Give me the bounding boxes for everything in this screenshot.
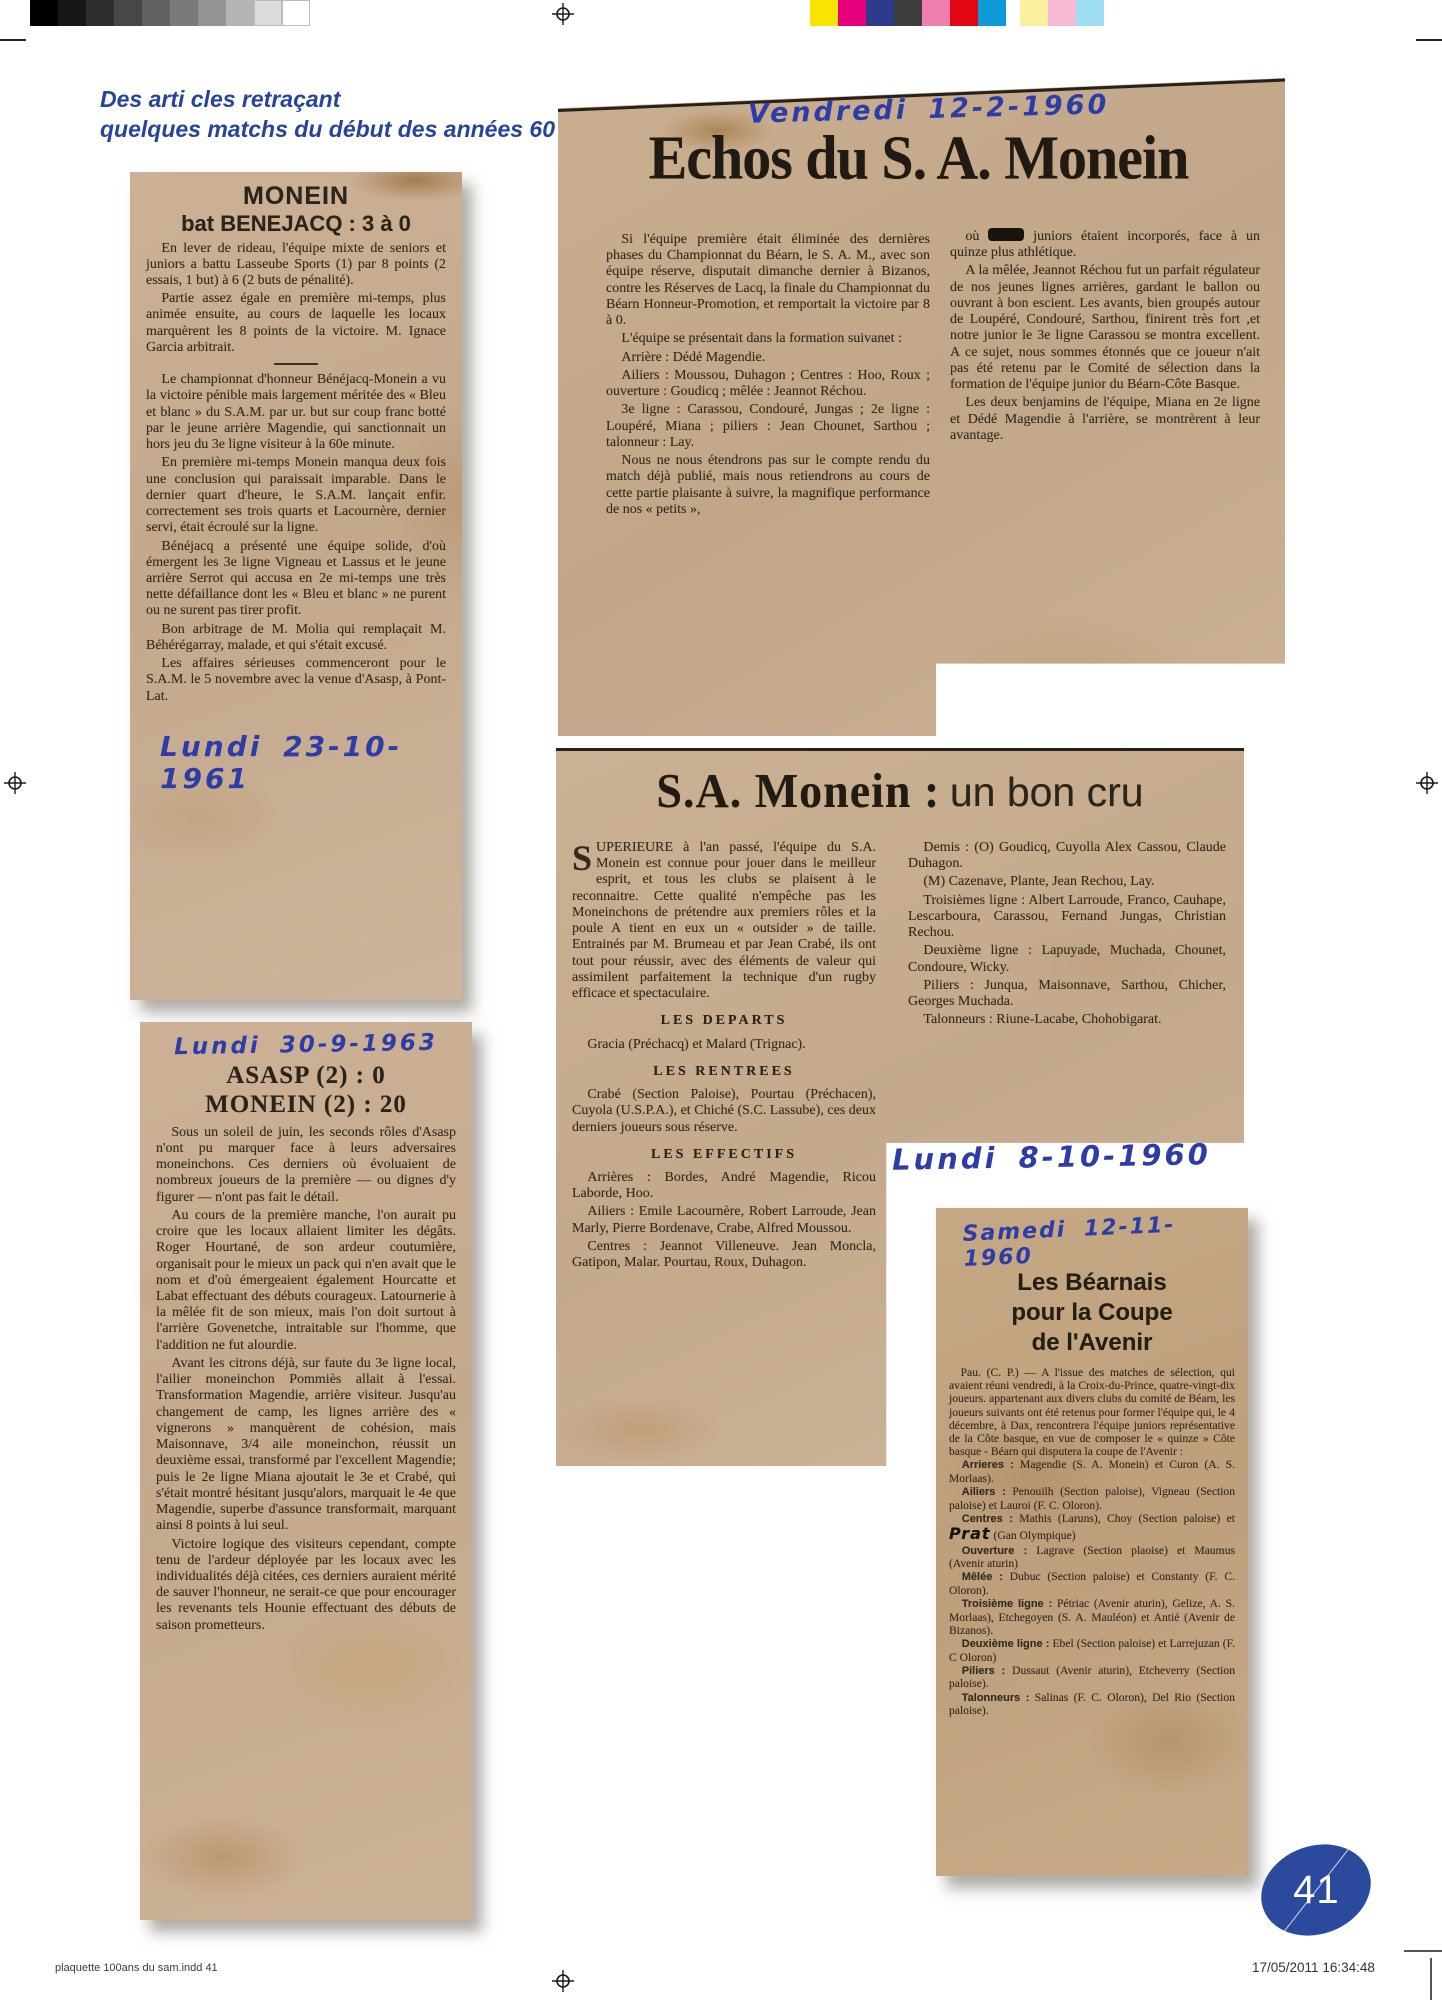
clipping-monein-benejacq: MONEIN bat BENEJACQ : 3 à 0 En lever de …	[130, 172, 462, 1000]
handwritten-date: Lundi 30-9-1963	[156, 1029, 456, 1061]
roster-position: Deuxième ligne :	[962, 1638, 1050, 1650]
body-paragraph: Talonneurs : Riune-Lacabe, Chohobigarat.	[908, 1012, 1226, 1028]
calibration-swatch	[198, 0, 226, 26]
clipping-echos-monein: Vendredi 12-2-1960 Echos du S. A. Monein…	[558, 78, 1285, 736]
handwritten-date: Lundi 8-10-1960	[892, 1137, 1211, 1177]
calibration-swatch	[170, 0, 198, 26]
body-paragraph: Les affaires sérieuses commenceront pour…	[146, 656, 446, 705]
roster-position: Piliers :	[962, 1665, 1006, 1677]
calibration-swatch	[282, 0, 310, 26]
clipping-title: MONEIN	[146, 182, 446, 211]
body-paragraph: Centres : Jeannot Villeneuve. Jean Moncl…	[572, 1239, 876, 1271]
paragraph-text: où	[965, 229, 979, 244]
handwritten-date: Samedi 12-11-1960	[962, 1210, 1236, 1272]
body-paragraph: Arrières : Bordes, André Magendie, Ricou…	[572, 1170, 876, 1202]
calibration-swatch	[894, 0, 922, 26]
body-paragraph: Avant les citrons déjà, sur faute du 3e …	[156, 1356, 456, 1535]
body-paragraph: (M) Cazenave, Plante, Jean Rechou, Lay.	[908, 874, 1226, 890]
body-paragraph: Bénéjacq a présenté une équipe solide, d…	[146, 539, 446, 620]
page-number: 41	[1293, 1868, 1340, 1913]
title-line: Les Béarnais	[949, 1268, 1235, 1298]
article-column-right: Demis : (O) Goudicq, Cuyolla Alex Cassou…	[908, 840, 1226, 1031]
crop-mark-bottom-right-h	[1404, 1950, 1442, 1952]
body-paragraph: Gracia (Préchacq) et Malard (Trignac).	[572, 1037, 876, 1053]
body-paragraph: A la mêlée, Jeannot Réchou fut un parfai…	[950, 263, 1260, 393]
crop-mark-bottom-right-v	[1430, 1958, 1432, 2000]
calibration-swatch	[866, 0, 894, 26]
registration-mark-bottom	[552, 1970, 574, 1992]
page-number-ball: 41	[1248, 1830, 1383, 1951]
calibration-swatch	[922, 0, 950, 26]
body-paragraph: Piliers : Junqua, Maisonnave, Sarthou, C…	[908, 978, 1226, 1010]
ink-blot	[988, 228, 1024, 241]
divider-rule	[274, 363, 318, 365]
body-paragraph: Deuxième ligne : Lapuyade, Muchada, Chou…	[908, 943, 1226, 975]
body-paragraph: Ailiers : Emile Lacournère, Robert Larro…	[572, 1204, 876, 1236]
title-line: pour la Coupe	[949, 1298, 1235, 1328]
body-paragraph: Pau. (C. P.) — A l'issue des matches de …	[949, 1366, 1235, 1458]
roster-names: (Gan Olympique)	[993, 1529, 1075, 1542]
body-paragraph: Partie assez égale en première mi-temps,…	[146, 291, 446, 356]
body-paragraph: Si l'équipe première était éliminée des …	[606, 232, 930, 329]
calibration-swatch	[810, 0, 838, 26]
handwritten-date: Lundi 23-10-1961	[160, 731, 446, 796]
body-paragraph: Nous ne nous étendrons pas sur le compte…	[606, 453, 930, 518]
crop-mark-top-right	[1416, 39, 1442, 41]
grayscale-calibration-bar	[30, 0, 310, 26]
section-heading: LES RENTREES	[572, 1064, 876, 1080]
calibration-swatch	[950, 0, 978, 26]
body-paragraph: Demis : (O) Goudicq, Cuyolla Alex Cassou…	[908, 840, 1226, 872]
roster-line: Troisième ligne : Pétriac (Avenir aturin…	[949, 1597, 1235, 1637]
page-heading-line2: quelques matchs du début des années 60	[100, 114, 555, 144]
roster-names: Mathis (Laruns), Choy (Section paloise) …	[1019, 1512, 1235, 1525]
body-paragraph: Victoire logique des visiteurs cependant…	[156, 1537, 456, 1634]
body-paragraph: Le championnat d'honneur Bénéjacq-Monein…	[146, 372, 446, 453]
roster-line: Talonneurs : Salinas (F. C. Oloron), Del…	[949, 1691, 1235, 1718]
registration-mark-right	[1416, 772, 1438, 794]
roster-line: Deuxième ligne : Ebel (Section paloise) …	[949, 1637, 1235, 1664]
clipping-subtitle: bat BENEJACQ : 3 à 0	[146, 211, 446, 237]
roster-position: Ailiers :	[962, 1486, 1006, 1498]
roster-line: Mêlée : Dubuc (Section paloise) et Const…	[949, 1570, 1235, 1597]
title-line: de l'Avenir	[949, 1328, 1235, 1358]
roster-position: Troisième ligne :	[962, 1598, 1052, 1610]
calibration-swatch	[1076, 0, 1104, 26]
registration-mark-top	[552, 3, 574, 25]
body-paragraph: Sous un soleil de juin, les seconds rôle…	[156, 1125, 456, 1206]
calibration-swatch	[1020, 0, 1048, 26]
calibration-swatch	[838, 0, 866, 26]
calibration-swatch	[254, 0, 282, 26]
article-body: Pau. (C. P.) — A l'issue des matches de …	[949, 1366, 1235, 1717]
roster-position: Arrieres :	[962, 1459, 1014, 1471]
clipping-bearnais-coupe-avenir: Samedi 12-11-1960 Les Béarnais pour la C…	[936, 1208, 1248, 1876]
page-heading: Des arti cles retraçant quelques matchs …	[100, 84, 555, 145]
registration-mark-left	[4, 772, 26, 794]
clipping-asasp-monein: Lundi 30-9-1963 ASASP (2) : 0 MONEIN (2)…	[140, 1022, 472, 1920]
roster-position: Mêlée :	[962, 1571, 1003, 1583]
handwritten-annotation: Prat	[949, 1524, 991, 1543]
clipping-top-rule	[556, 748, 1244, 751]
calibration-swatch	[30, 0, 58, 26]
calibration-swatch	[114, 0, 142, 26]
body-paragraph: L'équipe se présentait dans la formation…	[606, 331, 930, 347]
article-column-left: SUPERIEURE à l'an passé, l'équipe du S.A…	[572, 840, 876, 1273]
calibration-swatch	[58, 0, 86, 26]
article-column-right: où juniors étaient incorporés, face à un…	[950, 228, 1260, 446]
body-paragraph: SUPERIEURE à l'an passé, l'équipe du S.A…	[572, 840, 876, 1002]
roster-position: Centres :	[962, 1513, 1013, 1525]
body-paragraph: Ailiers : Moussou, Duhagon ; Centres : H…	[606, 368, 930, 400]
roster-line: Ouverture : Lagrave (Section plaoise) et…	[949, 1544, 1235, 1571]
body-paragraph: Au cours de la première manche, l'on aur…	[156, 1208, 456, 1354]
clipping-subtitle: MONEIN (2) : 20	[156, 1090, 456, 1120]
color-calibration-bar	[810, 0, 1006, 26]
drop-cap: S	[572, 843, 592, 874]
body-paragraph: Arrière : Dédé Magendie.	[606, 350, 930, 366]
clipping-headline: S.A. Monein : un bon cru	[556, 764, 1244, 817]
clipping-title: Les Béarnais pour la Coupe de l'Avenir	[949, 1268, 1235, 1358]
headline-bold: S.A. Monein :	[656, 763, 940, 819]
clipping-title: ASASP (2) : 0	[156, 1061, 456, 1091]
crop-mark-top-left	[0, 39, 26, 41]
footer-timestamp: 17/05/2011 16:34:48	[1252, 1960, 1375, 1975]
roster-line: Piliers : Dussaut (Avenir aturin), Etche…	[949, 1664, 1235, 1691]
footer-filename: plaquette 100ans du sam.indd 41	[55, 1962, 218, 1974]
calibration-swatch	[226, 0, 254, 26]
body-paragraph: 3e ligne : Carassou, Condouré, Jungas ; …	[606, 402, 930, 451]
calibration-swatch	[142, 0, 170, 26]
body-paragraph: En première mi-temps Monein manqua deux …	[146, 455, 446, 536]
body-paragraph: Troisièmes ligne : Albert Larroude, Fran…	[908, 893, 1226, 942]
calibration-swatch	[978, 0, 1006, 26]
roster-line: Centres : Mathis (Laruns), Choy (Section…	[949, 1512, 1235, 1544]
paragraph-text: UPERIEURE à l'an passé, l'équipe du S.A.…	[572, 840, 876, 1001]
calibration-swatch	[86, 0, 114, 26]
section-heading: LES DEPARTS	[572, 1013, 876, 1029]
body-paragraph: où juniors étaient incorporés, face à un…	[950, 228, 1260, 261]
color-calibration-bar-light	[1020, 0, 1104, 26]
body-paragraph: Crabé (Section Paloise), Pourtau (Précha…	[572, 1087, 876, 1136]
roster-position: Talonneurs :	[962, 1692, 1030, 1704]
article-column-left: Si l'équipe première était éliminée des …	[606, 232, 930, 520]
section-heading: LES EFFECTIFS	[572, 1147, 876, 1163]
body-paragraph: Bon arbitrage de M. Molia qui remplaçait…	[146, 622, 446, 654]
body-paragraph: Les deux benjamins de l'équipe, Miana en…	[950, 395, 1260, 444]
headline-light: un bon cru	[950, 769, 1144, 817]
roster-line: Arrieres : Magendie (S. A. Monein) et Cu…	[949, 1458, 1235, 1485]
roster-line: Ailiers : Penouilh (Section paloise), Vi…	[949, 1485, 1235, 1512]
body-paragraph: En lever de rideau, l'équipe mixte de se…	[146, 241, 446, 290]
clipping-headline: Echos du S. A. Monein	[558, 121, 1279, 194]
roster-position: Ouverture :	[962, 1545, 1028, 1557]
page-heading-line1: Des arti cles retraçant	[100, 84, 555, 114]
calibration-swatch	[1048, 0, 1076, 26]
scanned-page: Des arti cles retraçant quelques matchs …	[0, 0, 1442, 2000]
